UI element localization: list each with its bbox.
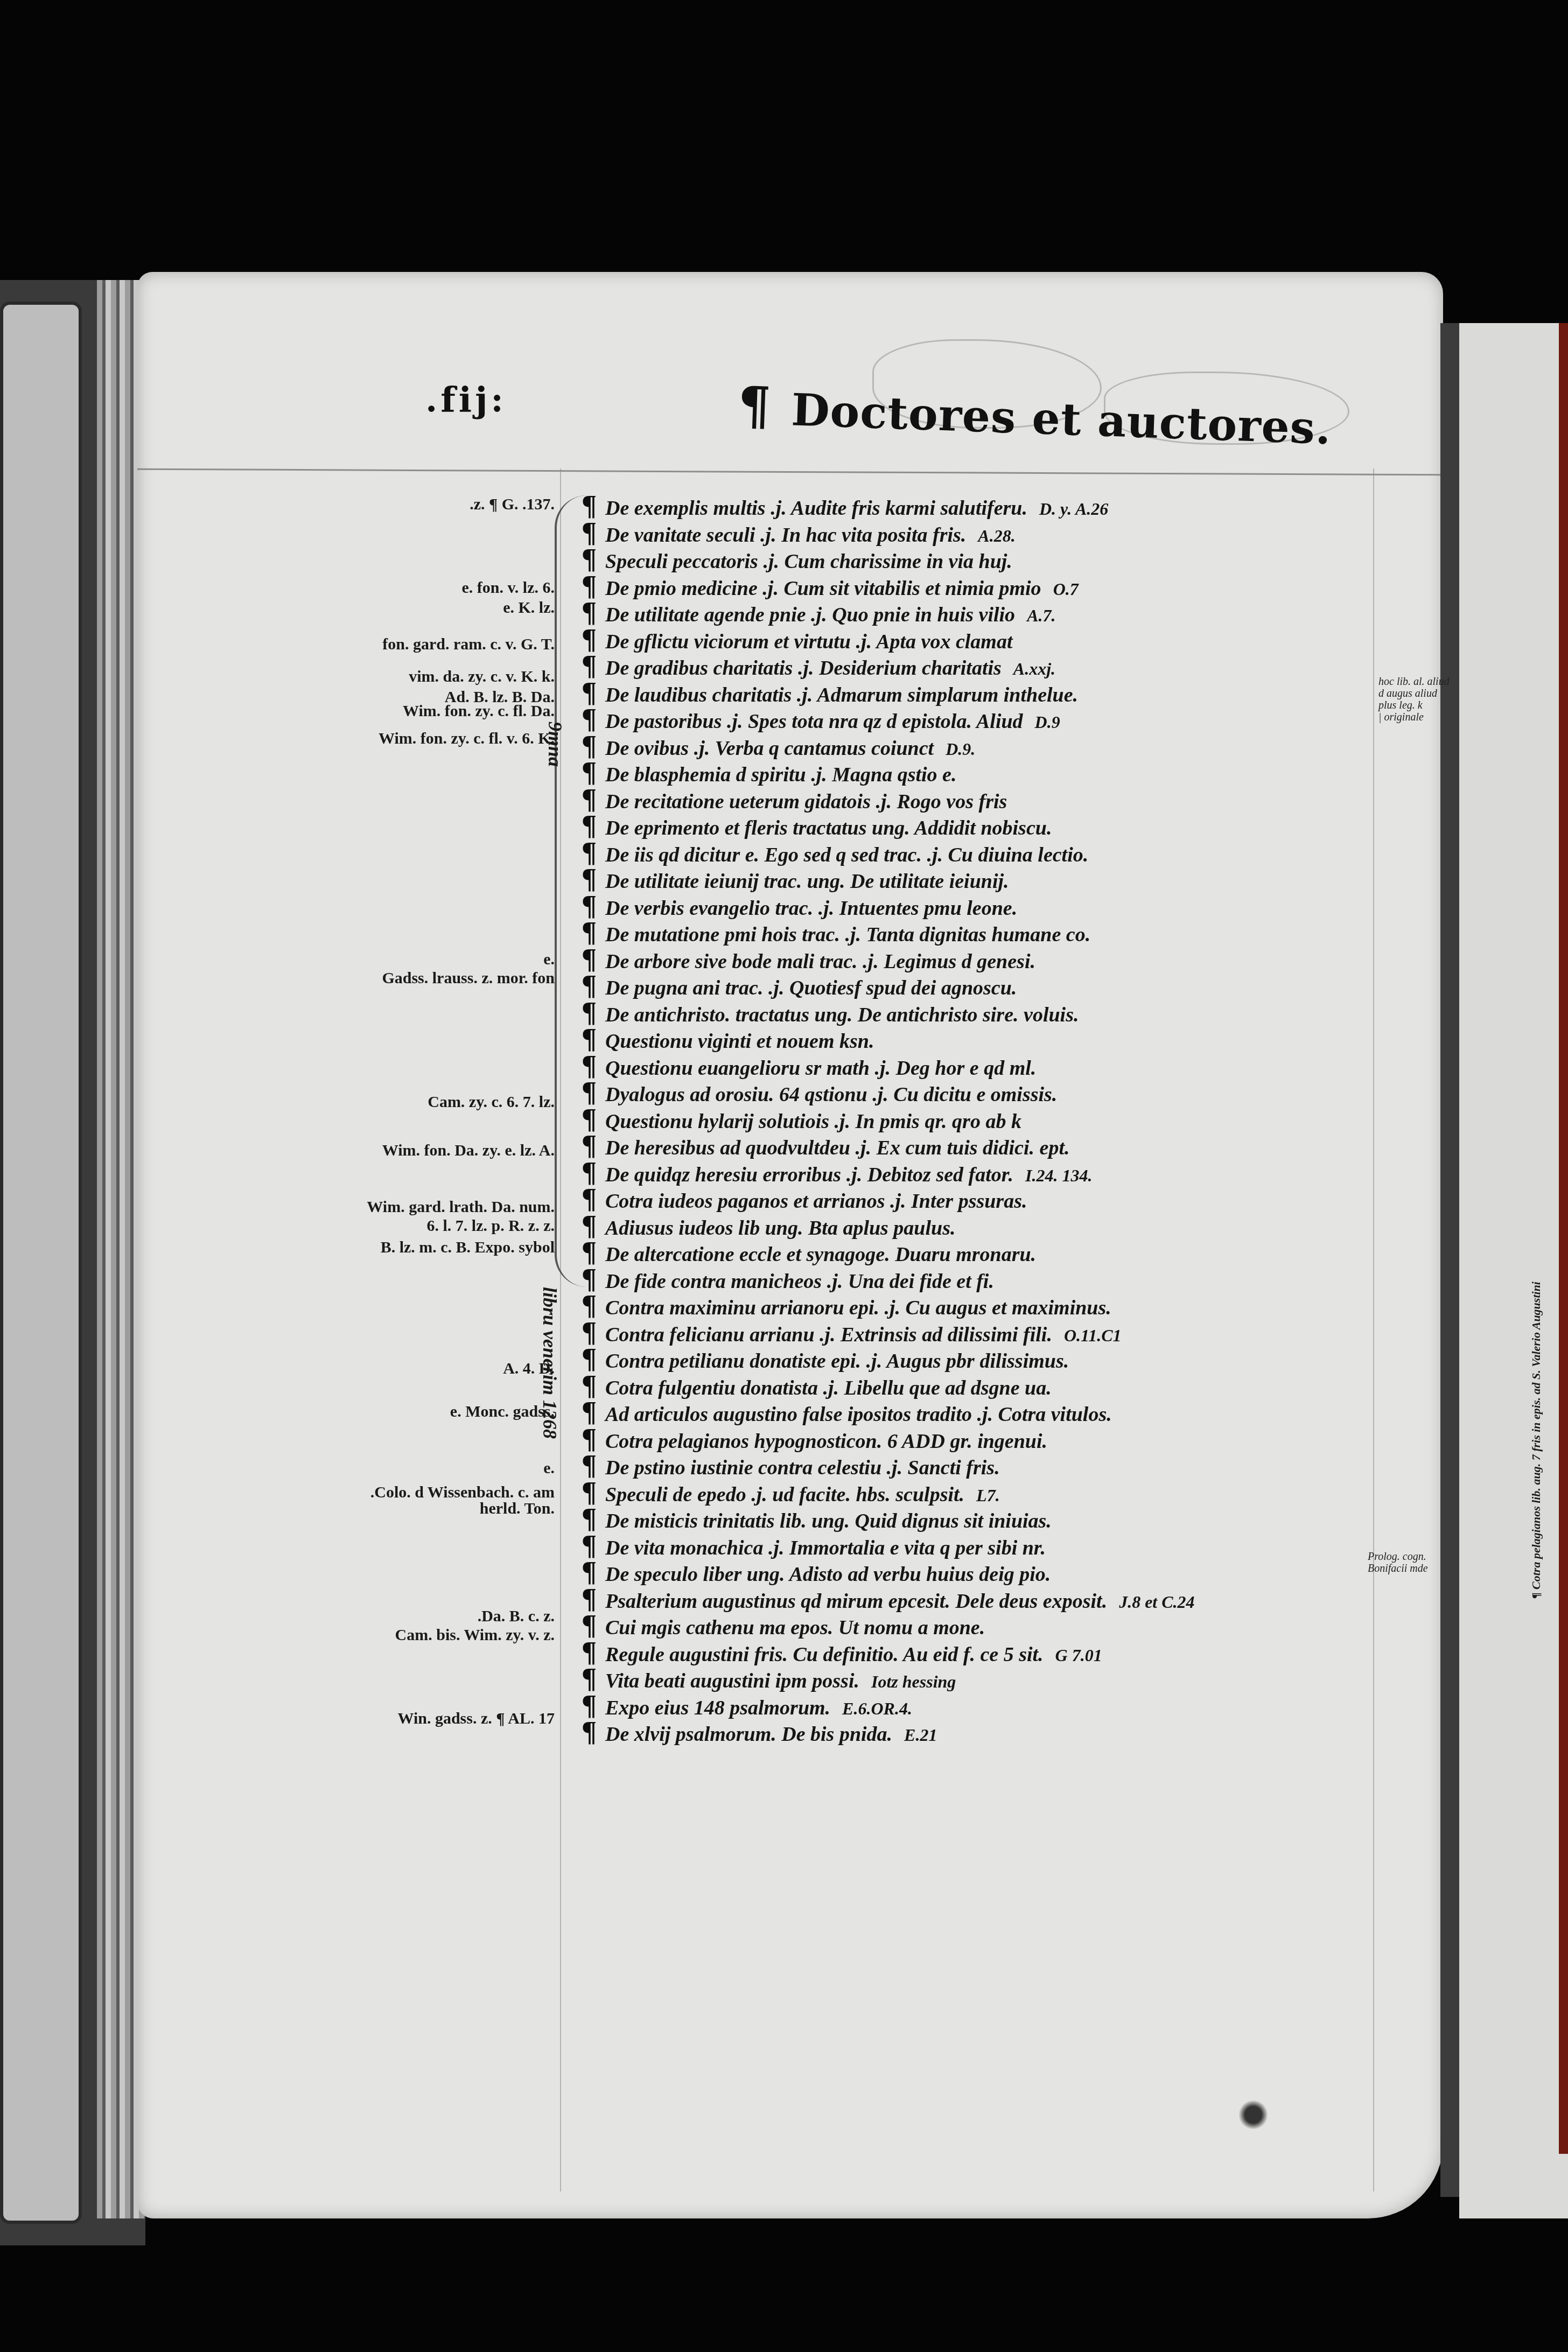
list-item: ¶De blasphemia d spiritu .j. Magna qstio… [582,757,1443,783]
entry-reference: D. y. A.26 [1039,499,1108,519]
list-item: ¶Regule augustini fris. Cu definitio. Au… [582,1636,1443,1663]
folio-number: .fij: [425,380,507,420]
list-item: ¶Cotra iudeos paganos et arrianos .j. In… [582,1183,1443,1210]
entry-text: De misticis trinitatis lib. ung. Quid di… [605,1509,1052,1533]
lower-marginal-gloss: Prolog. cogn.Bonifacii mde [1368,1551,1428,1574]
facing-page [1459,323,1568,2218]
entry-text: Contra felicianu arrianu .j. Extrinsis a… [605,1323,1052,1347]
list-item: ¶Questionu viginti et nouem ksn. [582,1023,1443,1050]
entry-text: Expo eius 148 psalmorum. [605,1696,830,1720]
list-item: ¶De laudibus charitatis .j. Admarum simp… [582,677,1443,704]
list-item: ¶De eprimento et fleris tractatus ung. A… [582,810,1443,837]
gloss-line: Prolog. cogn. [1368,1551,1428,1563]
entry-text: De gflictu viciorum et virtutu .j. Apta … [605,630,1012,654]
entry-text: De exemplis multis .j. Audite fris karmi… [605,496,1027,520]
list-item: ¶De speculo liber ung. Adisto ad verbu h… [582,1556,1443,1583]
stacked-leaf [0,302,82,2224]
entry-text: Cui mgis cathenu ma epos. Ut nomu a mone… [605,1616,985,1640]
margin-note: e. K. lz. [503,599,555,617]
list-item: ¶De gradibus charitatis .j. Desiderium c… [582,650,1443,677]
entry-text: Vita beati augustini ipm possi. [605,1669,859,1693]
entry-text: Questionu viginti et nouem ksn. [605,1030,874,1053]
list-item: ¶De pastoribus .j. Spes tota nra qz d ep… [582,703,1443,730]
entry-text: Cotra iudeos paganos et arrianos .j. Int… [605,1189,1027,1213]
gloss-line: | originale [1378,711,1450,723]
entry-text: De pugna ani trac. .j. Quotiesf spud dei… [605,976,1017,1000]
list-item: ¶De ovibus .j. Verba q cantamus coiunctD… [582,730,1443,757]
entry-reference: A.xxj. [1013,659,1055,679]
entry-list: ¶De exemplis multis .j. Audite fris karm… [582,490,1443,1743]
list-item: ¶De antichristo. tractatus ung. De antic… [582,997,1443,1024]
entry-reference: E.21 [904,1725,937,1745]
list-item: ¶De arbore sive bode mali trac. .j. Legi… [582,943,1443,970]
margin-note: herld. Ton. [480,1500,555,1518]
entry-text: Cotra pelagianos hypognosticon. 6 ADD gr… [605,1430,1047,1453]
list-item: ¶Psalterium augustinus qd mirum epcesit.… [582,1583,1443,1610]
margin-note: .z. ¶ G. .137. [470,495,555,514]
margin-note: Cam. bis. Wim. zy. v. z. [395,1626,555,1644]
entry-text: De arbore sive bode mali trac. .j. Legim… [605,950,1035,974]
entry-text: Contra petilianu donatiste epi. .j. Augu… [605,1349,1069,1373]
entry-text: De gradibus charitatis .j. Desiderium ch… [605,656,1002,680]
entry-text: Speculi de epedo .j. ud facite. hbs. scu… [605,1483,964,1507]
entry-text: Adiusus iudeos lib ung. Bta aplus paulus… [605,1216,955,1240]
margin-note: Win. gadss. z. ¶ AL. 17 [397,1710,555,1728]
entry-reference: J.8 et C.24 [1119,1592,1194,1612]
list-item: ¶Questionu euangelioru sr math .j. Deg h… [582,1050,1443,1077]
entry-text: De mutatione pmi hois trac. .j. Tanta di… [605,923,1090,947]
entry-text: De utilitate agende pnie .j. Quo pnie in… [605,603,1015,627]
entry-reference: D.9 [1035,712,1060,732]
margin-note: fon. gard. ram. c. v. G. T. [382,635,555,654]
entry-text: De speculo liber ung. Adisto ad verbu hu… [605,1563,1051,1586]
list-item: ¶De recitatione ueterum gidatois .j. Rog… [582,783,1443,810]
margin-note: Gadss. lrauss. z. mor. fon [382,969,555,988]
entry-text: De fide contra manicheos .j. Una dei fid… [605,1270,994,1293]
entry-reference: G 7.01 [1055,1646,1102,1665]
margin-note: .Colo. d Wissenbach. c. am [370,1483,555,1502]
entry-text: De utilitate ieiunij trac. ung. De utili… [605,870,1009,893]
vertical-note-upper: 9mna [544,722,566,767]
entry-text: Contra maximinu arrianoru epi. .j. Cu au… [605,1296,1111,1320]
entry-text: Dyalogus ad orosiu. 64 qstionu .j. Cu di… [605,1083,1057,1107]
margin-note: e. [543,1459,555,1478]
spine-shadow [1440,323,1459,2197]
gloss-line: hoc lib. al. aliud [1378,676,1450,688]
entry-text: Questionu euangelioru sr math .j. Deg ho… [605,1056,1036,1080]
list-item: ¶De gflictu viciorum et virtutu .j. Apta… [582,624,1443,650]
list-item: ¶Questionu hylarij solutiois .j. In pmis… [582,1103,1443,1130]
list-item: ¶De quidqz heresiu erroribus .j. Debitoz… [582,1157,1443,1184]
list-item: ¶De vanitate seculi .j. In hac vita posi… [582,517,1443,544]
list-item: ¶De misticis trinitatis lib. ung. Quid d… [582,1503,1443,1530]
list-item: ¶De utilitate ieiunij trac. ung. De util… [582,863,1443,890]
pilcrow-icon: ¶ [737,375,772,437]
entry-text: De altercatione eccle et synagoge. Duaru… [605,1243,1036,1266]
margin-note: Wim. fon. zy. c. fl. v. 6. K. [379,730,555,748]
entry-reference: E.6.OR.4. [842,1699,912,1719]
list-item: ¶De pstino iustinie contra celestiu .j. … [582,1450,1443,1476]
list-item: ¶De pugna ani trac. .j. Quotiesf spud de… [582,970,1443,997]
entry-reference: O.11.C1 [1064,1326,1122,1346]
margin-note: Wim. fon. zy. c. fl. Da. [403,702,555,720]
facing-page-vertical-note: ¶ Cotra pelagianos lib. aug. 7 fris in e… [1529,1282,1543,1598]
entry-reference: A.7. [1027,606,1055,626]
entry-reference: D.9. [946,739,975,759]
list-item: ¶De xlvij psalmorum. De bis pnida.E.21 [582,1716,1443,1743]
margin-note: .Da. B. c. z. [478,1607,555,1626]
list-item: ¶De pmio medicine .j. Cum sit vitabilis … [582,570,1443,597]
entry-text: De blasphemia d spiritu .j. Magna qstio … [605,763,956,787]
list-item: ¶Ad articulos augustino false ipositos t… [582,1396,1443,1423]
list-item: ¶De fide contra manicheos .j. Una dei fi… [582,1263,1443,1290]
list-item: ¶De vita monachica .j. Immortalia e vita… [582,1530,1443,1557]
margin-note: 6. l. 7. lz. p. R. z. z. [427,1217,555,1235]
margin-note: Wim. gard. lrath. Da. num. [367,1198,555,1216]
entry-reference: L7. [976,1486,1000,1506]
margin-note: Cam. zy. c. 6. 7. lz. [428,1093,555,1111]
ink-blot [1238,2100,1268,2130]
red-binding-strip [1559,323,1568,2154]
list-item: ¶De mutatione pmi hois trac. .j. Tanta d… [582,916,1443,943]
entry-text: Regule augustini fris. Cu definitio. Au … [605,1643,1044,1667]
gloss-line: Bonifacii mde [1368,1563,1428,1574]
list-item: ¶Expo eius 148 psalmorum.E.6.OR.4. [582,1690,1443,1717]
entry-text: De pastoribus .j. Spes tota nra qz d epi… [605,710,1023,733]
list-item: ¶Adiusus iudeos lib ung. Bta aplus paulu… [582,1210,1443,1237]
entry-text: De heresibus ad quodvultdeu .j. Ex cum t… [605,1136,1069,1160]
margin-note: B. lz. m. c. B. Expo. sybol [381,1238,555,1257]
entry-text: Psalterium augustinus qd mirum epcesit. … [605,1590,1107,1613]
list-item: ¶De exemplis multis .j. Audite fris karm… [582,490,1443,517]
margin-note: Wim. fon. Da. zy. e. lz. A. [382,1142,555,1160]
entry-text: De ovibus .j. Verba q cantamus coiunct [605,737,934,760]
entry-text: De laudibus charitatis .j. Admarum simpl… [605,683,1078,707]
list-item: ¶Cui mgis cathenu ma epos. Ut nomu a mon… [582,1609,1443,1636]
entry-text: De pstino iustinie contra celestiu .j. S… [605,1456,1000,1480]
margin-note: e. fon. v. lz. 6. [462,579,555,597]
entry-text: De xlvij psalmorum. De bis pnida. [605,1723,892,1746]
list-item: ¶Cotra pelagianos hypognosticon. 6 ADD g… [582,1423,1443,1450]
entry-text: Questionu hylarij solutiois .j. In pmis … [605,1110,1021,1133]
entry-text: De pmio medicine .j. Cum sit vitabilis e… [605,577,1041,600]
entry-reference: A.28. [978,526,1015,546]
pilcrow-icon: ¶ [582,1716,605,1748]
entry-reference: O.7 [1053,579,1079,599]
right-marginal-gloss: hoc lib. al. aliudd augus aliudplus leg.… [1378,676,1450,723]
list-item: ¶Cotra fulgentiu donatista .j. Libellu q… [582,1370,1443,1397]
list-item: ¶De altercatione eccle et synagoge. Duar… [582,1236,1443,1263]
gloss-line: plus leg. k [1378,699,1450,711]
entry-text: De antichristo. tractatus ung. De antich… [605,1003,1079,1027]
list-item: ¶De verbis evangelio trac. .j. Intuentes… [582,890,1443,917]
entry-text: De quidqz heresiu erroribus .j. Debitoz … [605,1163,1013,1187]
list-item: ¶De heresibus ad quodvultdeu .j. Ex cum … [582,1130,1443,1157]
entry-text: De vita monachica .j. Immortalia e vita … [605,1536,1046,1560]
list-item: ¶Dyalogus ad orosiu. 64 qstionu .j. Cu d… [582,1076,1443,1103]
entry-text: Speculi peccatoris .j. Cum charissime in… [605,550,1012,573]
entry-text: De iis qd dicitur e. Ego sed q sed trac.… [605,843,1088,867]
list-item: ¶De utilitate agende pnie .j. Quo pnie i… [582,597,1443,624]
entry-text: De vanitate seculi .j. In hac vita posit… [605,523,966,547]
list-item: ¶Speculi peccatoris .j. Cum charissime i… [582,543,1443,570]
list-item: ¶Speculi de epedo .j. ud facite. hbs. sc… [582,1476,1443,1503]
gloss-line: d augus aliud [1378,688,1450,699]
list-item: ¶Contra maximinu arrianoru epi. .j. Cu a… [582,1290,1443,1317]
entry-reference: Iotz hessing [871,1672,956,1692]
entry-text: De verbis evangelio trac. .j. Intuentes … [605,897,1017,920]
entry-text: De eprimento et fleris tractatus ung. Ad… [605,816,1052,840]
margin-note: e. [543,950,555,969]
entry-text: De recitatione ueterum gidatois .j. Rogo… [605,790,1007,814]
list-item: ¶De iis qd dicitur e. Ego sed q sed trac… [582,837,1443,864]
margin-note: vim. da. zy. c. v. K. k. [409,668,555,686]
list-item: ¶Contra petilianu donatiste epi. .j. Aug… [582,1343,1443,1370]
list-item: ¶Contra felicianu arrianu .j. Extrinsis … [582,1317,1443,1343]
vertical-note-lower: libru venerim 1268 [538,1287,561,1439]
entry-text: Cotra fulgentiu donatista .j. Libellu qu… [605,1376,1052,1400]
entry-text: Ad articulos augustino false ipositos tr… [605,1403,1112,1426]
list-item: ¶Vita beati augustini ipm possi.Iotz hes… [582,1663,1443,1690]
entry-reference: I.24. 134. [1025,1166,1092,1186]
